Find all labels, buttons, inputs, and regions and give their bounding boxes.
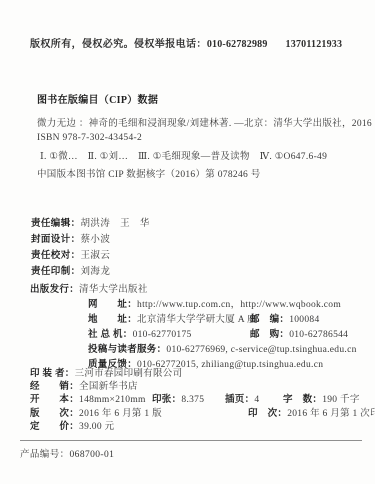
footer-divider bbox=[20, 440, 362, 441]
product-number-value: 068700-01 bbox=[70, 450, 115, 460]
wordcount-pair: 字 数：190 千字 bbox=[283, 394, 360, 407]
cip-record-number-line: 中国版本图书馆 CIP 数据核字（2016）第 078246 号 bbox=[37, 168, 372, 182]
report-phone-label: 侵权举报电话： bbox=[134, 39, 207, 50]
staff-value: 胡洪涛 王 华 bbox=[81, 219, 150, 229]
distributor-label: 经 销： bbox=[30, 382, 79, 392]
postcode-pair: 邮 编：100084 bbox=[250, 313, 320, 328]
printer-row: 印 装 者：三河市春园印刷有限公司 bbox=[30, 368, 182, 381]
edition-value: 2016 年 6 月第 1 版 bbox=[79, 409, 162, 419]
staff-row-print-supervisor: 责任印制：刘海龙 bbox=[31, 264, 150, 280]
inserts-label: 插页： bbox=[225, 395, 254, 405]
staff-value: 王淑云 bbox=[81, 251, 111, 261]
address-value: 北京清华大学学研大厦 A 座 bbox=[137, 315, 257, 325]
reader-service-value: 010-62776969, c-service@tup.tsinghua.edu… bbox=[166, 345, 356, 355]
publisher-name: 清华大学出版社 bbox=[79, 285, 148, 295]
mailorder-pair: 邮 购：010-62786544 bbox=[250, 328, 348, 343]
printer-label: 印 装 者： bbox=[30, 369, 75, 379]
staff-label: 责任印制： bbox=[31, 267, 81, 277]
copyright-page: 版权所有，侵权必究。侵权举报电话：010-6278298913701121933… bbox=[0, 0, 375, 484]
price-value: 39.00 元 bbox=[79, 422, 114, 432]
staff-value: 刘海龙 bbox=[81, 267, 111, 277]
website-value: http://www.tup.com.cn，http://www.wqbook.… bbox=[137, 300, 341, 310]
cip-title-line: 微力无边 ：神奇的毛细和浸润现象/刘建林著. —北京：清华大学出版社，2016 bbox=[37, 117, 372, 131]
mailorder-label: 邮 购： bbox=[250, 330, 289, 340]
copyright-notice: 版权所有，侵权必究。 bbox=[30, 39, 134, 50]
price-row: 定 价：39.00 元 bbox=[30, 421, 182, 434]
switchboard-value: 010-62770175 bbox=[133, 330, 192, 340]
inserts-value: 4 bbox=[254, 395, 259, 405]
impression-value: 2016 年 6 月第 1 次印刷 bbox=[287, 409, 375, 419]
format-value: 148mm×210mm bbox=[79, 395, 146, 405]
report-phone-1: 010-62782989 bbox=[207, 39, 268, 50]
printer-value: 三河市春园印刷有限公司 bbox=[75, 369, 183, 379]
price-label: 定 价： bbox=[30, 422, 79, 432]
printing-block: 印 装 者：三河市春园印刷有限公司 经 销：全国新华书店 开 本：148mm×2… bbox=[30, 368, 182, 434]
staff-row-proofreader: 责任校对：王淑云 bbox=[31, 248, 150, 264]
inserts-pair: 插页：4 bbox=[225, 394, 259, 407]
publisher-switchboard-row: 社 总 机：010-62770175 邮 购：010-62786544 bbox=[88, 328, 357, 343]
switchboard-label: 社 总 机： bbox=[88, 330, 133, 340]
mailorder-value: 010-62786544 bbox=[289, 330, 348, 340]
publisher-label: 出版发行： bbox=[30, 285, 79, 295]
report-phone-2: 13701121933 bbox=[286, 39, 343, 50]
distributor-row: 经 销：全国新华书店 bbox=[30, 381, 182, 394]
sheets-value: 8.375 bbox=[181, 395, 204, 405]
sheets-label: 印张： bbox=[152, 395, 181, 405]
product-number-line: 产品编号：068700-01 bbox=[20, 446, 114, 460]
staff-label: 封面设计： bbox=[31, 235, 81, 245]
staff-label: 责任编辑： bbox=[31, 219, 81, 229]
product-number-label: 产品编号： bbox=[20, 450, 70, 460]
format-label: 开 本： bbox=[30, 395, 79, 405]
postcode-value: 100084 bbox=[289, 315, 319, 325]
copyright-notice-line: 版权所有，侵权必究。侵权举报电话：010-6278298913701121933 bbox=[30, 35, 342, 50]
staff-row-editor: 责任编辑：胡洪涛 王 华 bbox=[31, 216, 150, 232]
cip-classification-line: Ⅰ. ①微… Ⅱ. ①刘… Ⅲ. ①毛细现象—普及读物 Ⅳ. ①O647.6-4… bbox=[37, 150, 372, 164]
cip-heading: 图书在版编目（CIP）数据 bbox=[37, 91, 372, 106]
reader-service-label: 投稿与读者服务： bbox=[88, 345, 166, 355]
wordcount-label: 字 数： bbox=[283, 395, 322, 405]
impression-label: 印 次： bbox=[248, 409, 287, 419]
edition-label: 版 次： bbox=[30, 409, 79, 419]
address-label: 地 址： bbox=[88, 315, 137, 325]
impression-pair: 印 次：2016 年 6 月第 1 次印刷 bbox=[248, 408, 375, 421]
publisher-block: 出版发行：清华大学出版社 网 址：http://www.tup.com.cn，h… bbox=[30, 283, 357, 373]
format-row: 开 本：148mm×210mm 印张：8.375 插页：4 字 数：190 千字 bbox=[30, 394, 182, 407]
publisher-address-row: 地 址：北京清华大学学研大厦 A 座 邮 编：100084 bbox=[88, 313, 357, 328]
sheets-pair: 印张：8.375 bbox=[152, 394, 204, 407]
publisher-website-row: 网 址：http://www.tup.com.cn，http://www.wqb… bbox=[88, 298, 357, 313]
staff-row-cover-design: 封面设计：蔡小波 bbox=[31, 232, 150, 248]
postcode-label: 邮 编： bbox=[250, 315, 289, 325]
wordcount-value: 190 千字 bbox=[322, 395, 359, 405]
cip-block: 图书在版编目（CIP）数据 微力无边 ：神奇的毛细和浸润现象/刘建林著. —北京… bbox=[37, 91, 372, 182]
cip-isbn-line: ISBN 978-7-302-43454-2 bbox=[37, 131, 372, 145]
staff-credits-block: 责任编辑：胡洪涛 王 华 封面设计：蔡小波 责任校对：王淑云 责任印制：刘海龙 bbox=[31, 216, 150, 280]
distributor-value: 全国新华书店 bbox=[79, 382, 138, 392]
website-label: 网 址： bbox=[88, 300, 137, 310]
staff-value: 蔡小波 bbox=[81, 235, 111, 245]
edition-row: 版 次：2016 年 6 月第 1 版 印 次：2016 年 6 月第 1 次印… bbox=[30, 408, 182, 421]
staff-label: 责任校对： bbox=[31, 251, 81, 261]
publisher-row: 出版发行：清华大学出版社 bbox=[30, 283, 357, 298]
publisher-reader-service-row: 投稿与读者服务：010-62776969, c-service@tup.tsin… bbox=[88, 343, 357, 358]
